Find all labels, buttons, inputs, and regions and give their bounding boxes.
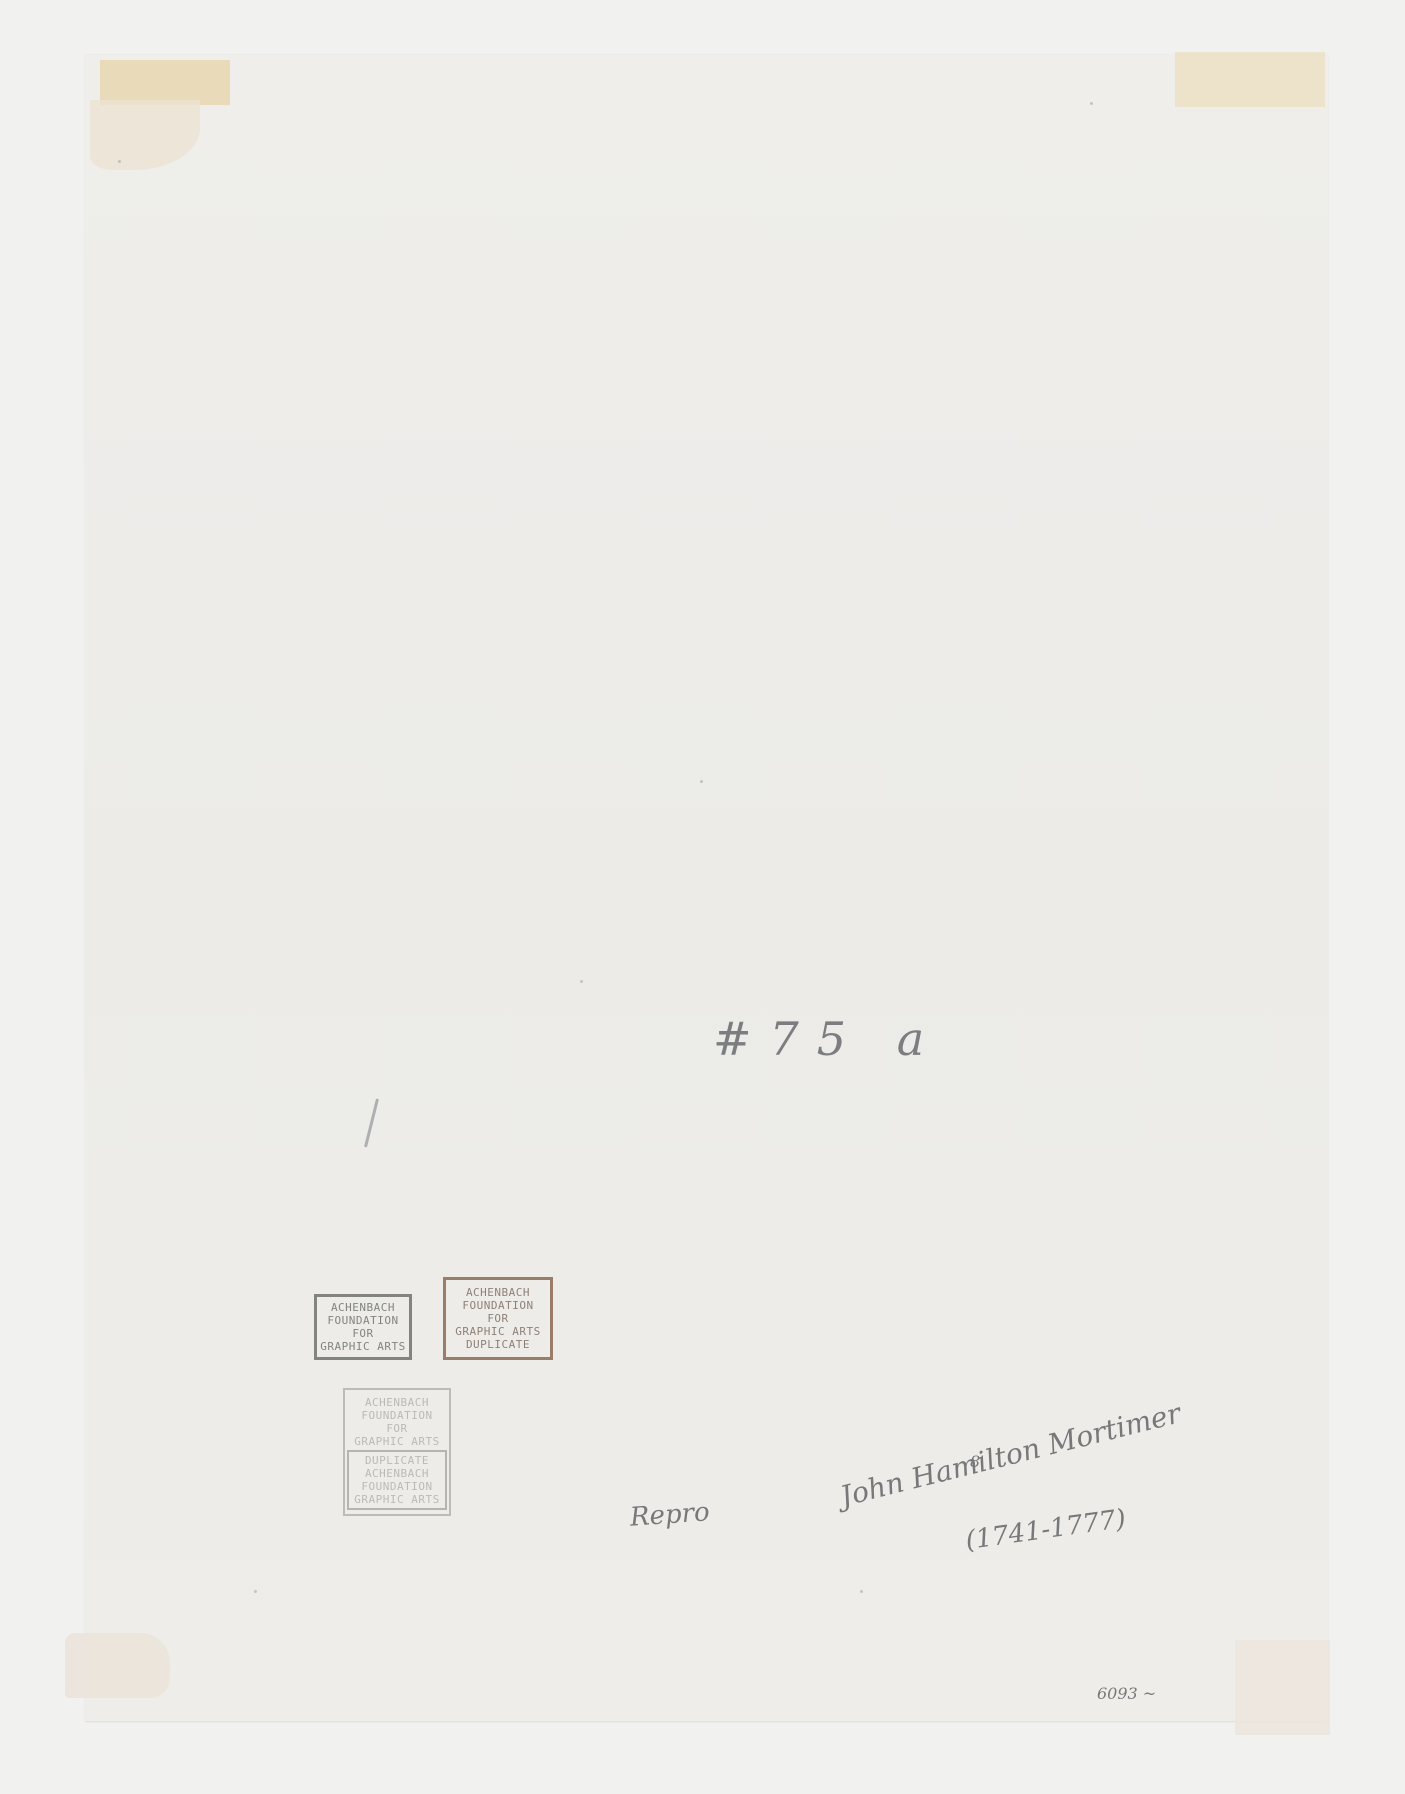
stamp-line: FOR <box>319 1327 407 1340</box>
collection-stamp-duplicate: ACHENBACH FOUNDATION FOR GRAPHIC ARTS DU… <box>443 1277 553 1360</box>
speck <box>254 1590 257 1593</box>
speck <box>580 980 583 983</box>
stamp-line: FOUNDATION <box>319 1314 407 1327</box>
tape-mark-bottom-left <box>65 1633 170 1698</box>
tape-mark-bottom-right <box>1235 1640 1330 1735</box>
speck <box>860 1590 863 1593</box>
paper-sheet <box>85 55 1328 1722</box>
stamp-line: ACHENBACH <box>319 1301 407 1314</box>
speck <box>1090 102 1093 105</box>
stamp-line: ACHENBACH <box>347 1396 447 1409</box>
stamp-line: ACHENBACH <box>351 1467 443 1480</box>
stamp-line: GRAPHIC ARTS <box>448 1325 548 1338</box>
stamp-line: FOUNDATION <box>347 1409 447 1422</box>
stamp-line: ACHENBACH <box>448 1286 548 1299</box>
collection-stamp-faded: ACHENBACH FOUNDATION FOR GRAPHIC ARTS DU… <box>343 1388 451 1516</box>
speck <box>118 160 121 163</box>
repro-inscription: Repro <box>629 1497 711 1532</box>
overlapping-stamp: DUPLICATE ACHENBACH FOUNDATION GRAPHIC A… <box>347 1450 447 1510</box>
stamp-line: DUPLICATE <box>448 1338 548 1351</box>
collection-stamp-grey: ACHENBACH FOUNDATION FOR GRAPHIC ARTS <box>314 1294 412 1360</box>
stamp-line: GRAPHIC ARTS <box>347 1435 447 1448</box>
tape-mark-top-left <box>100 60 230 105</box>
stamp-line: GRAPHIC ARTS <box>319 1340 407 1353</box>
stamp-line: FOUNDATION <box>448 1299 548 1312</box>
stamp-line: FOR <box>448 1312 548 1325</box>
stamp-line: FOR <box>347 1422 447 1435</box>
stamp-line: DUPLICATE <box>351 1454 443 1467</box>
stamp-line: FOUNDATION <box>351 1480 443 1493</box>
inventory-number-inscription: 6093 ~ <box>1097 1684 1156 1703</box>
stamp-line: GRAPHIC ARTS <box>351 1493 443 1506</box>
catalog-number-inscription: #75 a <box>713 1012 942 1066</box>
tape-mark-top-right <box>1175 52 1325 107</box>
speck <box>700 780 703 783</box>
